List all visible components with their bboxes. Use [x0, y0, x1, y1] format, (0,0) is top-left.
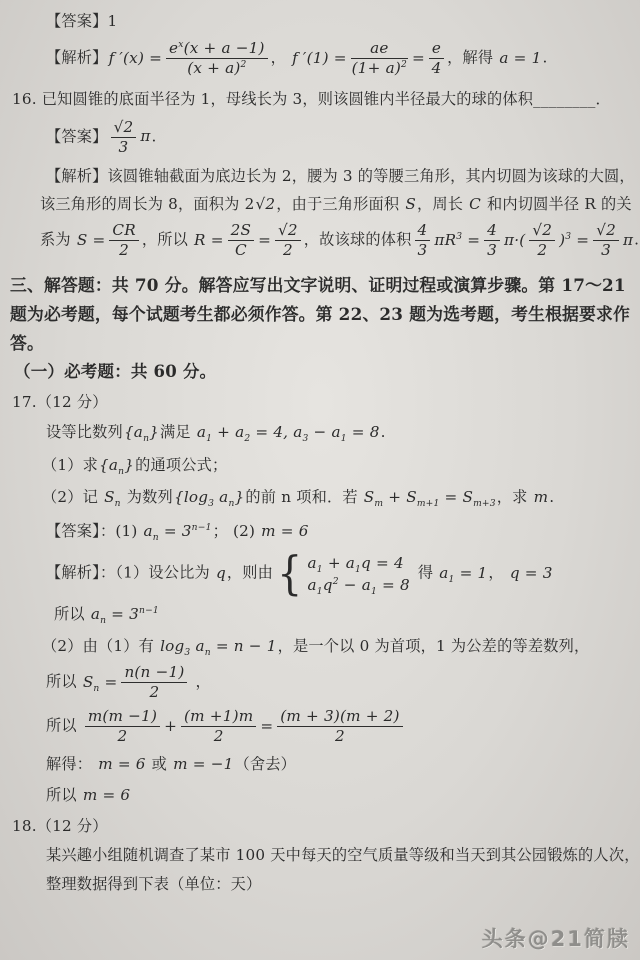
text: ； (2) — [213, 522, 261, 540]
q17-statement-line: 设等比数列{an}满足 a1 + a2 = 4, a3 − a1 = 8. — [0, 422, 640, 443]
q17-solution-line-1: 【解析】：（1）设公比为 q，则由{a1 + a1q = 4a1q2 − a1 … — [0, 553, 640, 594]
text: 得 — [413, 564, 438, 582]
math-text: f ′(x) = — [108, 49, 163, 67]
text: 【解析】该圆锥轴截面为底边长为 2，腰为 3 的等腰三角形，其内切圆为该球的大圆… — [46, 167, 635, 185]
fraction-denominator: (1+ a)2 — [351, 59, 408, 77]
math-text: Sn — [103, 488, 122, 506]
math-text: S — [404, 195, 417, 213]
text: . — [634, 231, 639, 249]
math-text: )3 = — [558, 231, 590, 249]
text: 【答案】：(1) — [46, 522, 142, 540]
fraction: ae(1+ a)2 — [351, 40, 408, 77]
text: ，所以 — [142, 231, 193, 249]
fraction-numerator: 4 — [484, 222, 500, 241]
system-row: a1q2 − a1 = 8 — [307, 577, 411, 594]
text: 的通项公式； — [135, 456, 227, 474]
fraction-denominator: 4 — [429, 59, 444, 77]
fraction-denominator: (x + a)2 — [166, 59, 268, 77]
math-text: πR3 = — [433, 231, 481, 249]
text: 【解析】：（1）设公比为 — [46, 564, 215, 582]
fraction: (m +1)m2 — [181, 708, 256, 745]
q17-solution-line-2: 所以 an = 3n−1 — [0, 604, 640, 625]
math-text: f ′(1) = — [291, 49, 348, 67]
q16-solution-line-2: 该三角形的周长为 8，面积为 2√2，由于三角形面积 S，周长 C 和内切圆半径… — [0, 194, 640, 215]
watermark: 头条@21简牍 — [482, 923, 630, 953]
text: 或 — [147, 755, 172, 773]
fraction-numerator: √2 — [529, 222, 555, 241]
text: 设等比数列 — [46, 423, 123, 441]
text: 所以 — [46, 717, 82, 735]
math-text: {an} — [98, 456, 135, 474]
math-text: m = 6 — [97, 755, 146, 773]
text: 某兴趣小组随机调查了某市 100 天中每天的空气质量等级和当天到其公园锻炼的人次… — [46, 846, 640, 864]
q17-number-line: 17.（12 分） — [0, 392, 640, 413]
fraction-numerator: 4 — [415, 222, 431, 241]
q18-statement-line-1: 某兴趣小组随机调查了某市 100 天中每天的空气质量等级和当天到其公园锻炼的人次… — [0, 845, 640, 866]
fraction: e4 — [429, 40, 444, 77]
math-text: = — [257, 231, 272, 249]
q18-statement-line-2: 整理数据得到下表（单位：天） — [0, 874, 640, 895]
text: 17.（12 分） — [12, 393, 108, 411]
q17-part1-line: （1）求{an}的通项公式； — [0, 455, 640, 476]
math-text: = — [259, 717, 274, 735]
text: 的前 n 项和．若 — [245, 488, 362, 506]
fraction: 43 — [415, 222, 431, 259]
q18-number-line: 18.（12 分） — [0, 816, 640, 837]
fraction-denominator: 2 — [529, 241, 555, 259]
text: ， — [488, 564, 508, 582]
q17-solution-line-3: （2）由（1）有 log3 an = n − 1，是一个以 0 为首项，1 为公… — [0, 636, 640, 657]
math-text: an = 3n−1 — [90, 605, 160, 623]
q17-solution-line-4: 所以 Sn =n(n −1)2 ， — [0, 664, 640, 701]
text: ，周长 — [417, 195, 468, 213]
math-text: a1 = 1 — [438, 564, 488, 582]
fraction-numerator: ex(x + a −1) — [166, 40, 268, 59]
fraction-numerator: √2 — [275, 222, 301, 241]
text: ， — [190, 673, 210, 691]
exam-solution-page: 【答案】1【解析】f ′(x) =ex(x + a −1)(x + a)2， f… — [0, 0, 640, 960]
text: 解得： — [46, 755, 97, 773]
fraction-numerator: e — [429, 40, 444, 59]
text: 所以 — [54, 605, 90, 623]
math-text: S = — [76, 231, 107, 249]
fraction: √23 — [111, 119, 137, 156]
text: ，故该球的体积 — [304, 231, 412, 249]
text: ， — [271, 49, 291, 67]
q17-answer-line: 【答案】：(1) an = 3n−1； (2) m = 6 — [0, 521, 640, 542]
math-text: q = 3 — [509, 564, 554, 582]
fraction-denominator: C — [228, 241, 254, 259]
fraction-denominator: 3 — [111, 138, 137, 156]
text: 18.（12 分） — [12, 817, 108, 835]
q17-solution-line-5: 所以 m(m −1)2+(m +1)m2=(m + 3)(m + 2)2 — [0, 708, 640, 745]
q16-question-line: 16. 已知圆锥的底面半径为 1，母线长为 3，则该圆锥内半径最大的球的体积__… — [0, 89, 640, 110]
q17-solution-line-7: 所以 m = 6 — [0, 785, 640, 806]
fraction-denominator: 2 — [121, 683, 187, 701]
text: （2）记 — [42, 488, 103, 506]
content-lines: 【答案】1【解析】f ′(x) =ex(x + a −1)(x + a)2， f… — [0, 11, 640, 895]
fraction: √22 — [529, 222, 555, 259]
text: . — [152, 127, 157, 145]
text: 系为 — [40, 231, 76, 249]
math-text: a1 + a2 = 4, a3 − a1 = 8 — [196, 423, 381, 441]
math-text: Sn = — [82, 673, 119, 691]
system-row: a1 + a1q = 4 — [307, 555, 411, 572]
q16-solution-line-1: 【解析】该圆锥轴截面为底边长为 2，腰为 3 的等腰三角形，其内切圆为该球的大圆… — [0, 166, 640, 187]
text: 和内切圆半径 R 的关 — [482, 195, 632, 213]
math-text: {log3 an} — [173, 488, 245, 506]
text: ，是一个以 0 为首项，1 为公差的等差数列， — [278, 637, 590, 655]
q16-answer-line: 【答案】√23π. — [0, 119, 640, 156]
text: （1）求 — [42, 456, 98, 474]
text: 【答案】1 — [46, 12, 117, 30]
fraction-numerator: √2 — [111, 119, 137, 138]
q17-part2-line: （2）记 Sn 为数列{log3 an}的前 n 项和．若 Sm + Sm+1 … — [0, 487, 640, 508]
text: 所以 — [46, 786, 82, 804]
math-text: π·( — [503, 231, 526, 249]
math-text: an = 3n−1 — [142, 522, 212, 540]
q15-answer-line: 【答案】1 — [0, 11, 640, 32]
math-text: q — [215, 564, 227, 582]
math-text: π — [139, 127, 151, 145]
equation-system: {a1 + a1q = 4a1q2 − a1 = 8 — [275, 553, 411, 594]
fraction: √23 — [593, 222, 619, 259]
math-text: = — [411, 49, 426, 67]
fraction-numerator: CR — [109, 222, 138, 241]
fraction-numerator: (m + 3)(m + 2) — [277, 708, 402, 727]
text: 【答案】 — [46, 127, 108, 145]
fraction-denominator: 3 — [484, 241, 500, 259]
fraction-numerator: √2 — [593, 222, 619, 241]
fraction-denominator: 2 — [277, 727, 402, 745]
fraction-denominator: 2 — [85, 727, 160, 745]
math-text: a = 1 — [498, 49, 542, 67]
math-text: C — [468, 195, 482, 213]
fraction: 2SC — [228, 222, 254, 259]
math-text: m — [533, 488, 550, 506]
math-text: π — [622, 231, 634, 249]
text: . — [381, 423, 386, 441]
text: ，由于三角形面积 — [276, 195, 404, 213]
fraction-numerator: n(n −1) — [121, 664, 187, 683]
fraction: ex(x + a −1)(x + a)2 — [166, 40, 268, 77]
q17-solution-line-6: 解得： m = 6 或 m = −1（舍去） — [0, 754, 640, 775]
text: ，解得 — [447, 49, 498, 67]
text: 整理数据得到下表（单位：天） — [46, 875, 261, 893]
math-text: {an} — [123, 423, 160, 441]
fraction: √22 — [275, 222, 301, 259]
text: ，求 — [497, 488, 533, 506]
system-rows: a1 + a1q = 4a1q2 − a1 = 8 — [307, 555, 411, 593]
fraction-numerator: (m +1)m — [181, 708, 256, 727]
text: . — [542, 49, 547, 67]
math-text: log3 an = n − 1 — [159, 637, 278, 655]
text: 【解析】 — [46, 49, 108, 67]
fraction-numerator: 2S — [228, 222, 254, 241]
fraction-denominator: 3 — [593, 241, 619, 259]
math-text: √2 — [254, 195, 276, 213]
text: ，则由 — [227, 564, 273, 582]
text: 16. 已知圆锥的底面半径为 1，母线长为 3，则该圆锥内半径最大的球的体积__… — [12, 90, 611, 108]
math-text: R = — [193, 231, 225, 249]
fraction-denominator: 2 — [181, 727, 256, 745]
text: 为数列 — [122, 488, 173, 506]
fraction: (m + 3)(m + 2)2 — [277, 708, 402, 745]
fraction: m(m −1)2 — [85, 708, 160, 745]
text: （2）由（1）有 — [42, 637, 159, 655]
math-text: m = 6 — [82, 786, 131, 804]
q16-solution-line-3: 系为 S =CR2，所以 R =2SC=√22，故该球的体积43πR3 =43π… — [0, 222, 640, 259]
section-3-sub-heading: （一）必考题：共 60 分。 — [0, 360, 640, 383]
q15-solution-line: 【解析】f ′(x) =ex(x + a −1)(x + a)2， f ′(1)… — [0, 40, 640, 77]
fraction-denominator: 2 — [275, 241, 301, 259]
math-text: + — [163, 717, 178, 735]
math-text: Sm + Sm+1 = Sm+3 — [363, 488, 497, 506]
math-text: m = −1 — [172, 755, 234, 773]
text: 该三角形的周长为 8，面积为 2 — [40, 195, 254, 213]
left-brace-icon: { — [277, 553, 302, 594]
fraction-denominator: 3 — [415, 241, 431, 259]
text: 满足 — [160, 423, 196, 441]
fraction: 43 — [484, 222, 500, 259]
fraction-numerator: ae — [351, 40, 408, 59]
text: （一）必考题：共 60 分。 — [14, 362, 216, 381]
text: 三、解答题：共 70 分。解答应写出文字说明、证明过程或演算步骤。第 17～21… — [10, 275, 630, 353]
text: 所以 — [46, 673, 82, 691]
math-text: m = 6 — [260, 522, 309, 540]
fraction-numerator: m(m −1) — [85, 708, 160, 727]
fraction-denominator: 2 — [109, 241, 138, 259]
text: . — [549, 488, 554, 506]
fraction: CR2 — [109, 222, 138, 259]
text: （舍去） — [234, 755, 296, 773]
fraction: n(n −1)2 — [121, 664, 187, 701]
section-3-heading: 三、解答题：共 70 分。解答应写出文字说明、证明过程或演算步骤。第 17～21… — [0, 271, 640, 358]
